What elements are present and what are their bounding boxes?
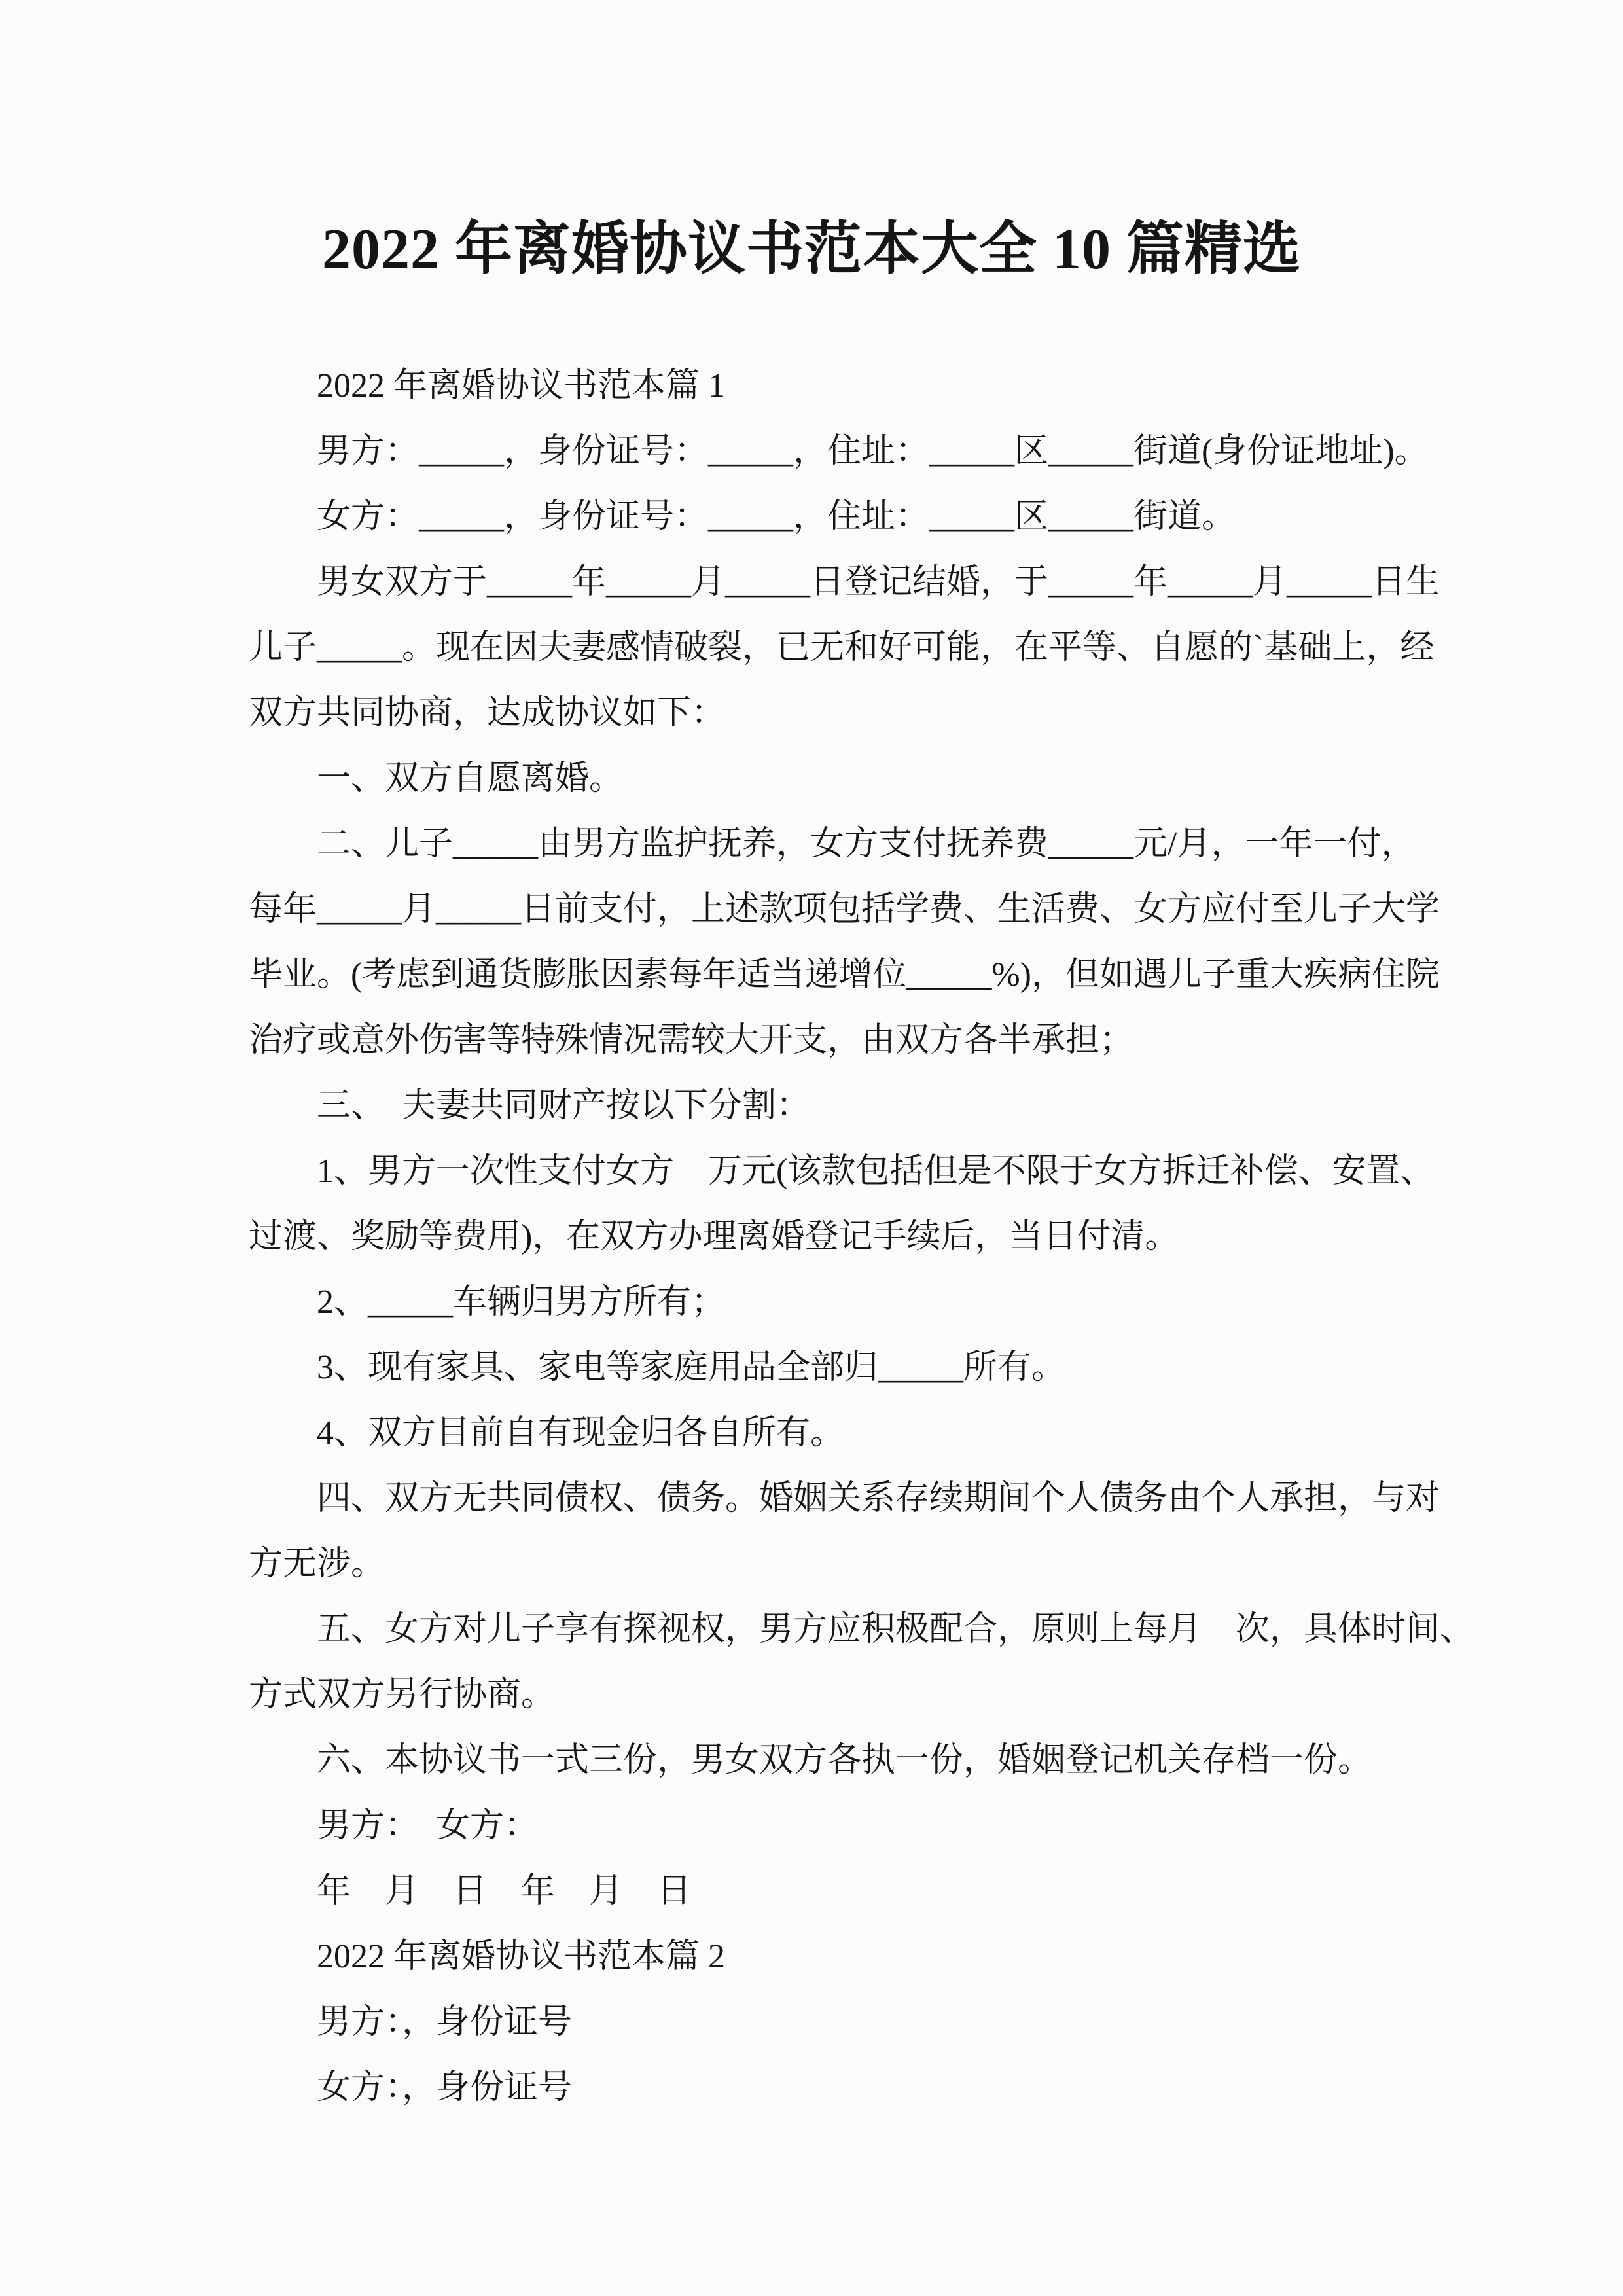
text-line: 1、男方一次性支付女方 万元(该款包括但是不限于女方拆迁补偿、安置、 [249,1139,1403,1204]
text-line: 方无涉。 [249,1532,1403,1597]
document-title: 2022 年离婚协议书范本大全 10 篇精选 [0,220,1623,280]
text-line: 男方：，身份证号 [249,1990,1403,2055]
text-line: 2022 年离婚协议书范本篇 2 [249,1924,1403,1990]
text-line: 男方：_____，身份证号：_____，住址：_____区_____街道(身份证… [249,419,1403,484]
text-line: 女方：_____，身份证号：_____，住址：_____区_____街道。 [249,484,1403,550]
text-line: 2、_____车辆归男方所有； [249,1270,1403,1335]
text-line: 毕业。(考虑到通货膨胀因素每年适当递增位_____%)，但如遇儿子重大疾病住院 [249,942,1403,1008]
text-line: 过渡、奖励等费用)，在双方办理离婚登记手续后，当日付清。 [249,1204,1403,1270]
text-line: 四、双方无共同债权、债务。婚姻关系存续期间个人债务由个人承担，与对 [249,1466,1403,1532]
text-line: 每年_____月_____日前支付，上述款项包括学费、生活费、女方应付至儿子大学 [249,877,1403,942]
text-line: 2022 年离婚协议书范本篇 1 [249,353,1403,419]
text-line: 三、 夫妻共同财产按以下分割： [249,1073,1403,1139]
text-line: 儿子_____。现在因夫妻感情破裂，已无和好可能，在平等、自愿的`基础上，经 [249,615,1403,681]
text-line: 方式双方另行协商。 [249,1662,1403,1728]
text-line: 五、女方对儿子享有探视权，男方应积极配合，原则上每月 次，具体时间、 [249,1597,1403,1662]
text-line: 女方：，身份证号 [249,2055,1403,2121]
text-line: 二、儿子_____由男方监护抚养，女方支付抚养费_____元/月，一年一付， [249,812,1403,877]
text-line: 男方： 女方： [249,1793,1403,1859]
document-page: 2022 年离婚协议书范本大全 10 篇精选 2022 年离婚协议书范本篇 1男… [0,0,1623,2296]
text-line: 3、现有家具、家电等家庭用品全部归_____所有。 [249,1335,1403,1401]
document-body: 2022 年离婚协议书范本篇 1男方：_____，身份证号：_____，住址：_… [249,353,1403,2121]
text-line: 六、本协议书一式三份，男女双方各执一份，婚姻登记机关存档一份。 [249,1728,1403,1793]
text-line: 一、双方自愿离婚。 [249,746,1403,812]
text-line: 男女双方于_____年_____月_____日登记结婚，于_____年_____… [249,550,1403,615]
text-line: 治疗或意外伤害等特殊情况需较大开支，由双方各半承担； [249,1008,1403,1073]
text-line: 双方共同协商，达成协议如下： [249,681,1403,746]
text-line: 4、双方目前自有现金归各自所有。 [249,1401,1403,1466]
text-line: 年 月 日 年 月 日 [249,1859,1403,1924]
